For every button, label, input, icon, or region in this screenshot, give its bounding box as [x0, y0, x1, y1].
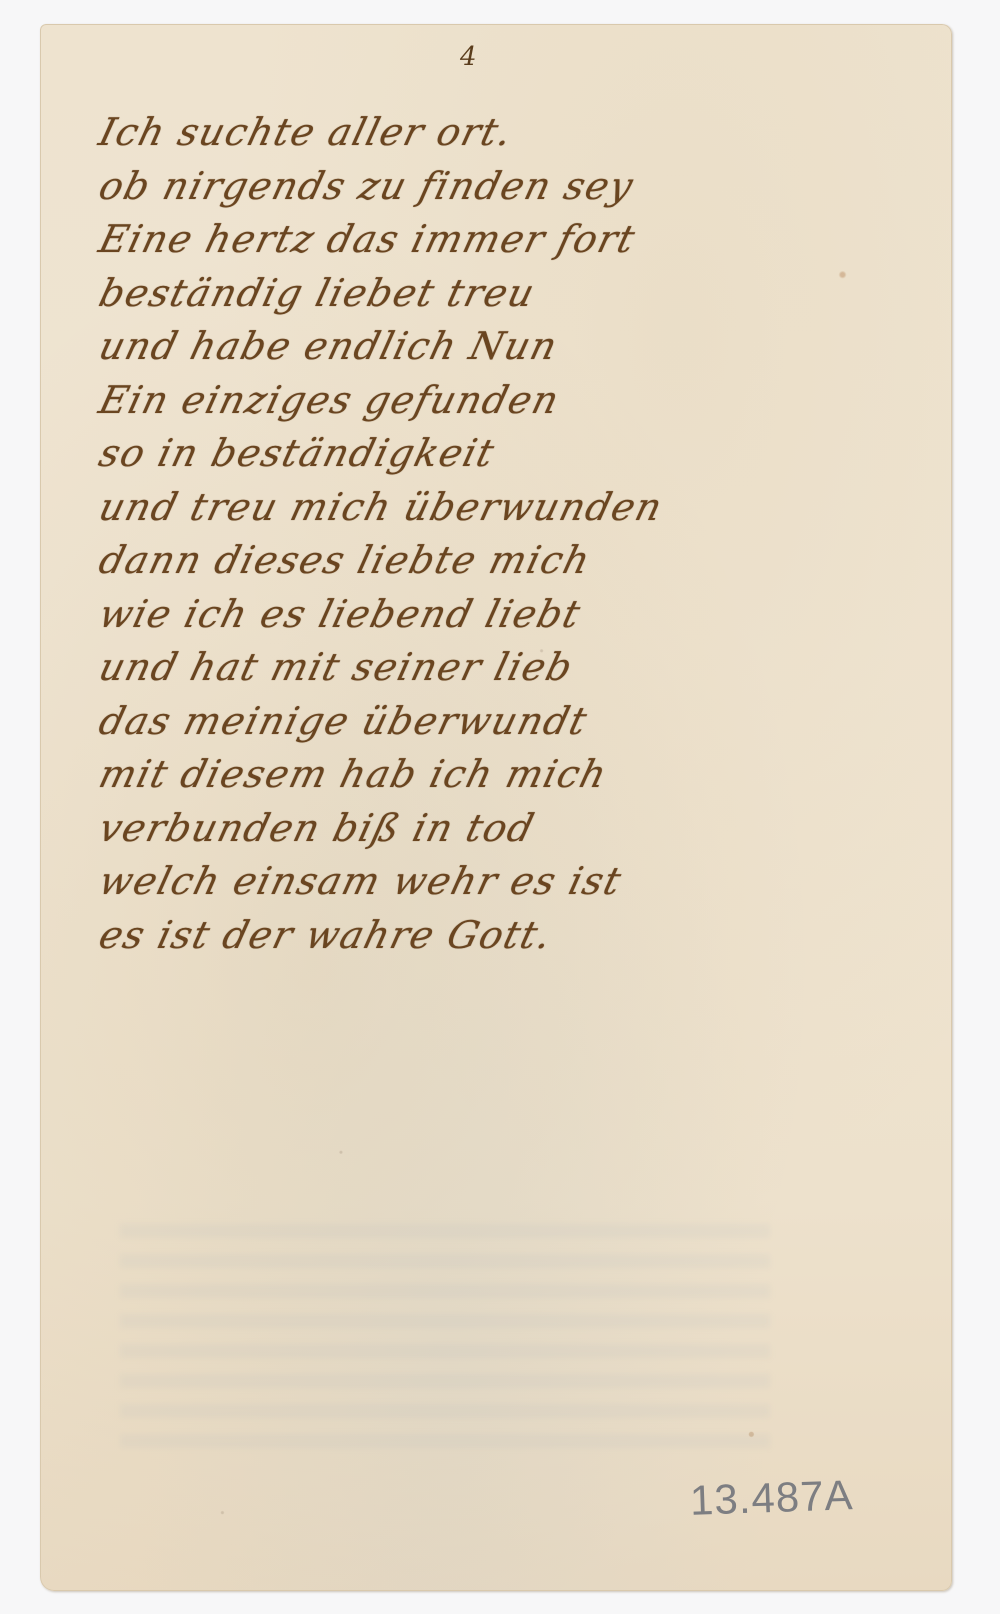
text-line: Ein einziges gefunden — [93, 374, 906, 428]
text-line: Eine hertz das immer fort — [93, 213, 906, 267]
text-line: und treu mich überwunden — [93, 481, 906, 535]
text-line: das meinige überwundt — [93, 695, 906, 749]
manuscript-sheet: 4 Ich suchte aller ort. ob nirgends zu f… — [40, 24, 952, 1591]
archive-number: 13.487A — [689, 1471, 854, 1525]
text-line: wie ich es liebend liebt — [93, 588, 906, 642]
text-line: mit diesem hab ich mich — [93, 748, 906, 802]
bleed-through-texture — [120, 1224, 770, 1464]
text-line: Ich suchte aller ort. — [93, 106, 906, 160]
text-line: dann dieses liebte mich — [93, 534, 906, 588]
text-line: so in beständigkeit — [93, 427, 906, 481]
text-line: es ist der wahre Gott. — [93, 909, 906, 963]
text-line: beständig liebet treu — [93, 267, 906, 321]
text-line: und hat mit seiner lieb — [93, 641, 906, 695]
text-line: verbunden biß in tod — [93, 802, 906, 856]
text-line: ob nirgends zu finden sey — [93, 160, 906, 214]
page-number: 4 — [460, 42, 477, 72]
text-line: und habe endlich Nun — [93, 320, 906, 374]
text-line: welch einsam wehr es ist — [93, 855, 906, 909]
handwritten-text: Ich suchte aller ort. ob nirgends zu fin… — [100, 106, 900, 962]
